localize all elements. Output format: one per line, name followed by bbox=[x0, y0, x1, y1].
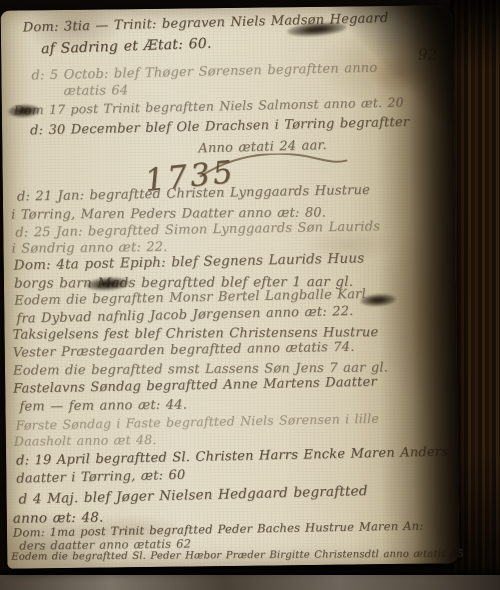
manuscript-photo: Dom: 3tia — Trinit: begraven Niels Madsø… bbox=[0, 0, 500, 590]
manuscript-line: d: 5 Octob: blef Thøger Sørensen begraft… bbox=[31, 61, 377, 84]
manuscript-line: Daasholt anno æt 48. bbox=[14, 432, 157, 449]
flourish-stroke bbox=[198, 153, 348, 181]
manuscript-line: Vester Præstegaarden begraftted anno æta… bbox=[13, 340, 355, 361]
page-number: 92 bbox=[418, 45, 437, 63]
manuscript-line: fem — fem anno æt: 44. bbox=[19, 398, 187, 415]
manuscript-line: Dom: 3tia — Trinit: begraven Niels Madsø… bbox=[23, 11, 389, 36]
manuscript-line: ætatis 64 bbox=[64, 83, 129, 99]
manuscript-line: d: 30 December blef Ole Drachsen i Tørri… bbox=[30, 115, 409, 139]
parchment-page: Dom: 3tia — Trinit: begraven Niels Madsø… bbox=[1, 5, 460, 568]
manuscript-line: Eodem die begraftted Sl. Peder Hæbor Præ… bbox=[11, 549, 464, 563]
manuscript-line: d 4 Maj. blef Jøger Nielsen Hedgaard beg… bbox=[18, 483, 367, 508]
handwriting-layer: Dom: 3tia — Trinit: begraven Niels Madsø… bbox=[1, 5, 460, 568]
manuscript-line: d: 25 Jan: begraftted Simon Lynggaards S… bbox=[15, 219, 380, 240]
manuscript-line: af Sadring et Ætat: 60. bbox=[41, 36, 212, 58]
manuscript-line: d: 19 April begraftted Sl. Christen Harr… bbox=[16, 445, 448, 469]
manuscript-line: daatter i Tørring, æt: 60 bbox=[16, 468, 185, 487]
table-surface bbox=[0, 575, 500, 590]
